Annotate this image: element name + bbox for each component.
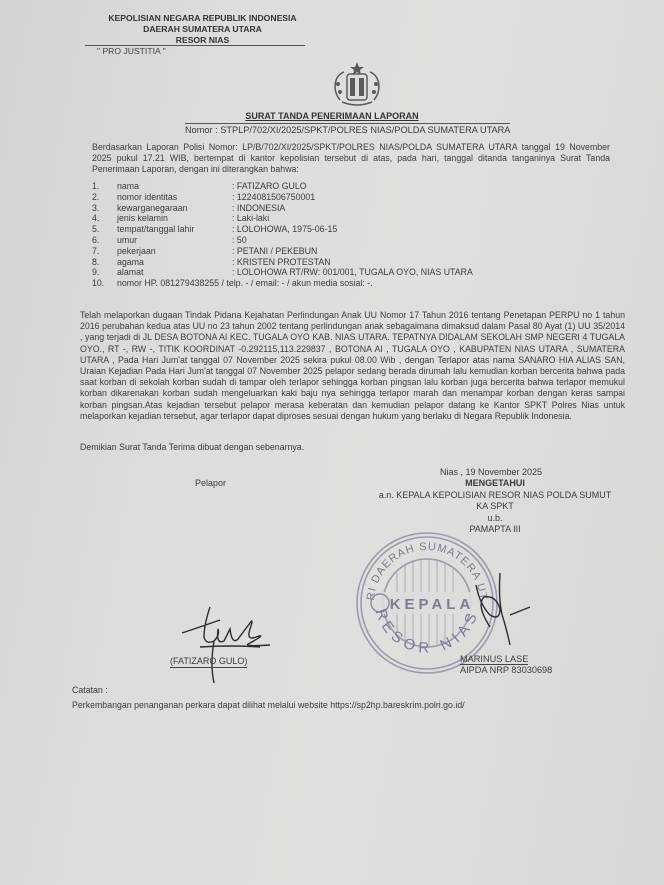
reporter-role: Pelapor [195,478,226,488]
letterhead: KEPOLISIAN NEGARA REPUBLIK INDONESIA DAE… [95,13,310,46]
detail-row: 8.agama: KRISTEN PROTESTAN [92,257,473,268]
detail-row: 4.jenis kelamin: Laki-laki [92,213,473,224]
detail-row: 1.nama: FATIZARO GULO [92,181,473,192]
detail-label: umur [117,235,232,246]
closing-statement: Demikian Surat Tanda Terima dibuat denga… [80,442,304,452]
detail-value: : 50 [232,235,247,246]
detail-no: 4. [92,213,117,224]
detail-row: 5.tempat/tanggal lahir: LOLOHOWA, 1975-0… [92,224,473,235]
reporter-details: 1.nama: FATIZARO GULO2.nomor identitas: … [92,181,473,289]
officer-name-block: MARINUS LASE AIPDA NRP 83030698 [460,654,552,676]
detail-label: kewarganegaraan [117,203,232,214]
report-body: Telah melaporkan dugaan Tindak Pidana Ke… [80,310,625,422]
mengetahui-label: MENGETAHUI [360,478,630,490]
on-behalf-of: a.n. KEPALA KEPOLISIAN RESOR NIAS POLDA … [360,490,630,502]
svg-text:KEPALA: KEPALA [390,596,475,613]
officer-rank-nrp: AIPDA NRP 83030698 [460,665,552,676]
note-text: Perkembangan penanganan perkara dapat di… [72,700,465,710]
detail-value: : FATIZARO GULO [232,181,307,192]
place-date: Nias , 19 November 2025 [440,467,542,477]
detail-row: 2.nomor identitas: 1224081506750001 [92,192,473,203]
detail-row: 3.kewarganegaraan: INDONESIA [92,203,473,214]
detail-row: 6.umur: 50 [92,235,473,246]
detail-no: 10. [92,278,117,289]
note-label: Catatan : [72,685,108,695]
detail-value: : Laki-laki [232,213,269,224]
detail-label: nomor identitas [117,192,232,203]
reporter-name: (FATIZARO GULO) [170,656,247,668]
svg-text:RESOR NIAS: RESOR NIAS [372,607,483,657]
officer-name: MARINUS LASE [460,654,528,665]
detail-no: 7. [92,246,117,257]
detail-no: 5. [92,224,117,235]
letterhead-line2: DAERAH SUMATERA UTARA [95,24,310,35]
detail-label: jenis kelamin [117,213,232,224]
officer-signature-icon [470,555,540,645]
unit: KA SPKT [360,501,630,513]
document-number: Nomor : STPLP/702/XI/2025/SPKT/POLRES NI… [185,123,510,135]
detail-value: : PETANI / PEKEBUN [232,246,317,257]
police-emblem-icon [328,60,386,110]
detail-value: : LOLOHOWA, 1975-06-15 [232,224,337,235]
detail-value: : LOLOHOWA RT/RW: 001/001, TUGALA OYO, N… [232,267,473,278]
detail-row: 9.alamat: LOLOHOWA RT/RW: 001/001, TUGAL… [92,267,473,278]
detail-row-contact: 10.nomor HP. 081279438255 / telp. - / em… [92,278,473,289]
pro-justitia: " PRO JUSTITIA " [97,46,166,56]
intro-paragraph: Berdasarkan Laporan Polisi Nomor: LP/B/7… [92,142,610,176]
detail-value: : KRISTEN PROTESTAN [232,257,331,268]
reporter-signature-icon [180,605,275,685]
detail-no: 3. [92,203,117,214]
detail-value: : 1224081506750001 [232,192,315,203]
detail-label: tempat/tanggal lahir [117,224,232,235]
ub-label: u.b. [360,513,630,525]
detail-no: 2. [92,192,117,203]
detail-no: 8. [92,257,117,268]
detail-label: pekerjaan [117,246,232,257]
letterhead-line1: KEPOLISIAN NEGARA REPUBLIK INDONESIA [95,13,310,24]
detail-label: alamat [117,267,232,278]
officer-block: MENGETAHUI a.n. KEPALA KEPOLISIAN RESOR … [360,478,630,536]
detail-no: 9. [92,267,117,278]
detail-label: agama [117,257,232,268]
detail-label: nama [117,181,232,192]
detail-no: 6. [92,235,117,246]
detail-no: 1. [92,181,117,192]
detail-contact: nomor HP. 081279438255 / telp. - / email… [117,278,373,289]
document-title: SURAT TANDA PENERIMAAN LAPORAN [0,111,664,121]
detail-value: : INDONESIA [232,203,285,214]
detail-row: 7.pekerjaan: PETANI / PEKEBUN [92,246,473,257]
